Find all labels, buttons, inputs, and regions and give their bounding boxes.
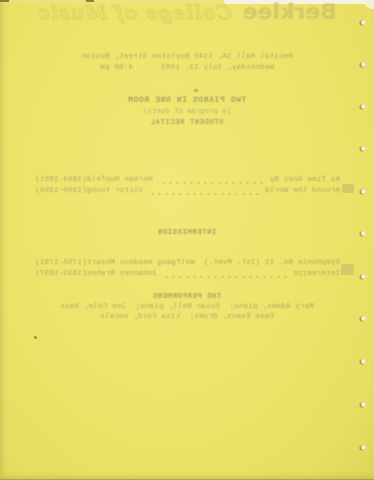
piece-title: Intermezzo	[293, 270, 340, 278]
recital-title: TWO PIANOS IN ONE ROOM	[0, 96, 374, 105]
dotted-leader	[157, 177, 266, 184]
program-item: Around the World Victor Young(1900-1956)	[35, 187, 340, 195]
punch-hole	[361, 146, 366, 151]
punch-hole	[361, 359, 366, 364]
performers-heading: THE PERFORMERS	[0, 293, 374, 301]
piece-title: Symphonie No. 11 (1st. Mvmt.)	[204, 259, 340, 267]
logo-berklee-wordmark: Berklee	[243, 0, 337, 24]
punch-hole	[361, 104, 366, 109]
composer-name: Wolfgang Amadeus Mozart(1756-1791)	[35, 259, 195, 267]
punch-hole	[361, 20, 366, 25]
punch-hole	[361, 189, 366, 194]
date-time-line: Wednesday, July 13, 1983 4:00 pm	[0, 64, 374, 72]
berklee-logo: Berklee College of Music	[0, 0, 374, 24]
punch-hole	[361, 445, 366, 450]
program-item: Symphonie No. 11 (1st. Mvmt.) Wolfgang A…	[35, 259, 340, 267]
scanned-program-page-back: Berklee College of Music Recital Hall 1A…	[0, 0, 374, 480]
paper-speck	[34, 336, 37, 339]
dotted-leader	[147, 188, 261, 195]
gray-smudge	[341, 264, 354, 275]
program-item: Intermezzo Johannes Brahms(1833-1897)	[35, 270, 340, 278]
piece-title: As Time Goes By	[269, 176, 340, 184]
composer-name: Herman Hupfeld(1894-1951)	[35, 176, 153, 184]
bleed-through-content: Berklee College of Music Recital Hall 1A…	[0, 0, 374, 480]
stray-mark	[194, 89, 198, 92]
punch-hole	[361, 231, 366, 236]
intermission-heading: INTERMISSION	[0, 229, 374, 237]
program-item: As Time Goes By Herman Hupfeld(1894-1951…	[35, 176, 340, 184]
logo-college-of-music-script: College of Music	[37, 2, 231, 24]
composer-name: Johannes Brahms(1833-1897)	[35, 270, 157, 278]
composer-name: Victor Young(1900-1956)	[35, 187, 143, 195]
recital-presenter: STUDENT RECITAL	[0, 119, 374, 127]
performers-line: Dave Evans, drums; Lisa Ford, vocals	[0, 313, 374, 321]
punch-hole	[361, 316, 366, 321]
punch-hole	[361, 62, 366, 67]
venue-line: Recital Hall 1A, 1140 Boylston Street, B…	[0, 53, 374, 61]
gray-smudge	[342, 184, 354, 193]
piece-title: Around the World	[265, 187, 340, 195]
performers-line: Mary Adams, piano; Susan Bell, piano; Jo…	[0, 303, 374, 311]
punch-hole	[361, 274, 366, 279]
dotted-leader	[199, 260, 200, 267]
punch-hole	[361, 402, 366, 407]
recital-subtitle: (a program of duets)	[0, 108, 374, 116]
dotted-leader	[161, 271, 289, 278]
